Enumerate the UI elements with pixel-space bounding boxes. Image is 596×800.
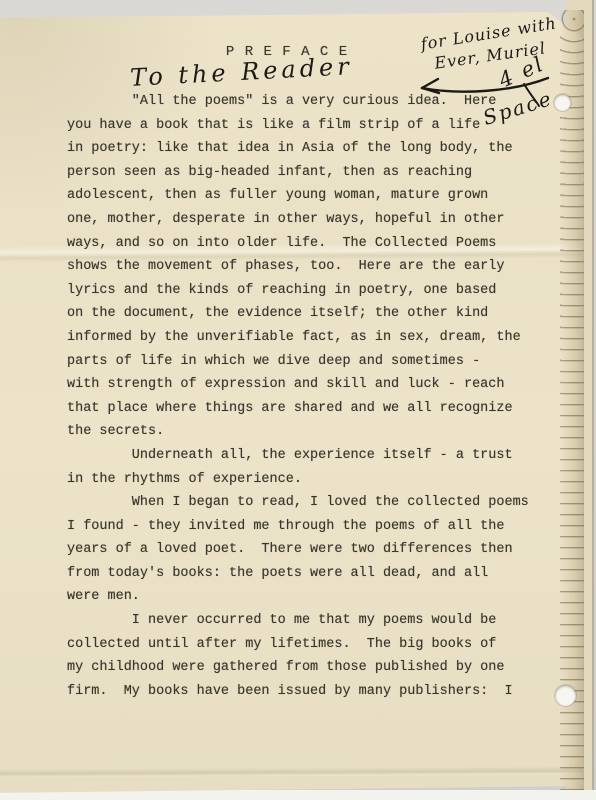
typed-line: I found - they invited me through the po… [67, 515, 547, 539]
typed-line: Underneath all, the experience itself - … [67, 444, 547, 468]
typed-line: on the document, the evidence itself; th… [67, 302, 547, 326]
typed-line: adolescent, then as fuller young woman, … [67, 184, 547, 208]
scanned-document: P R E F A C E To the Reader for Louise w… [0, 0, 596, 800]
typed-line: my childhood were gathered from those pu… [67, 656, 547, 680]
typed-line: you have a book that is like a film stri… [67, 114, 547, 138]
paper-crease-bottom [0, 766, 588, 777]
typed-line: When I began to read, I loved the collec… [67, 491, 547, 515]
punch-hole-top [554, 94, 571, 111]
typed-line: with strength of expression and skill an… [67, 373, 547, 397]
manuscript-page: P R E F A C E To the Reader for Louise w… [0, 0, 584, 800]
typed-line: one, mother, desperate in other ways, ho… [67, 208, 547, 232]
typed-line: firm. My books have been issued by many … [67, 680, 547, 704]
typed-line: the secrets. [67, 420, 547, 444]
typed-line: that place where things are shared and w… [67, 397, 547, 421]
typed-line: from today's books: the poets were all d… [67, 562, 547, 586]
typed-line: person seen as big-headed infant, then a… [67, 161, 547, 185]
typed-line: in poetry: like that idea in Asia of the… [67, 137, 547, 161]
typed-line: informed by the unverifiable fact, as in… [67, 326, 547, 350]
typed-body: "All the poems" is a very curious idea. … [67, 90, 547, 703]
typed-line: were men. [67, 585, 547, 609]
typed-line: years of a loved poet. There were two di… [67, 538, 547, 562]
typed-line: parts of life in which we dive deep and … [67, 350, 547, 374]
typed-line: ways, and so on into older life. The Col… [67, 232, 547, 256]
punch-hole-bottom [555, 685, 576, 706]
typed-line: lyrics and the kinds of reaching in poet… [67, 279, 547, 303]
typed-line: I never occurred to me that my poems wou… [67, 609, 547, 633]
typed-line: "All the poems" is a very curious idea. … [67, 90, 547, 114]
typed-line: in the rhythms of experience. [67, 468, 547, 492]
typed-line: shows the movement of phases, too. Here … [67, 255, 547, 279]
typed-line: collected until after my lifetimes. The … [67, 633, 547, 657]
